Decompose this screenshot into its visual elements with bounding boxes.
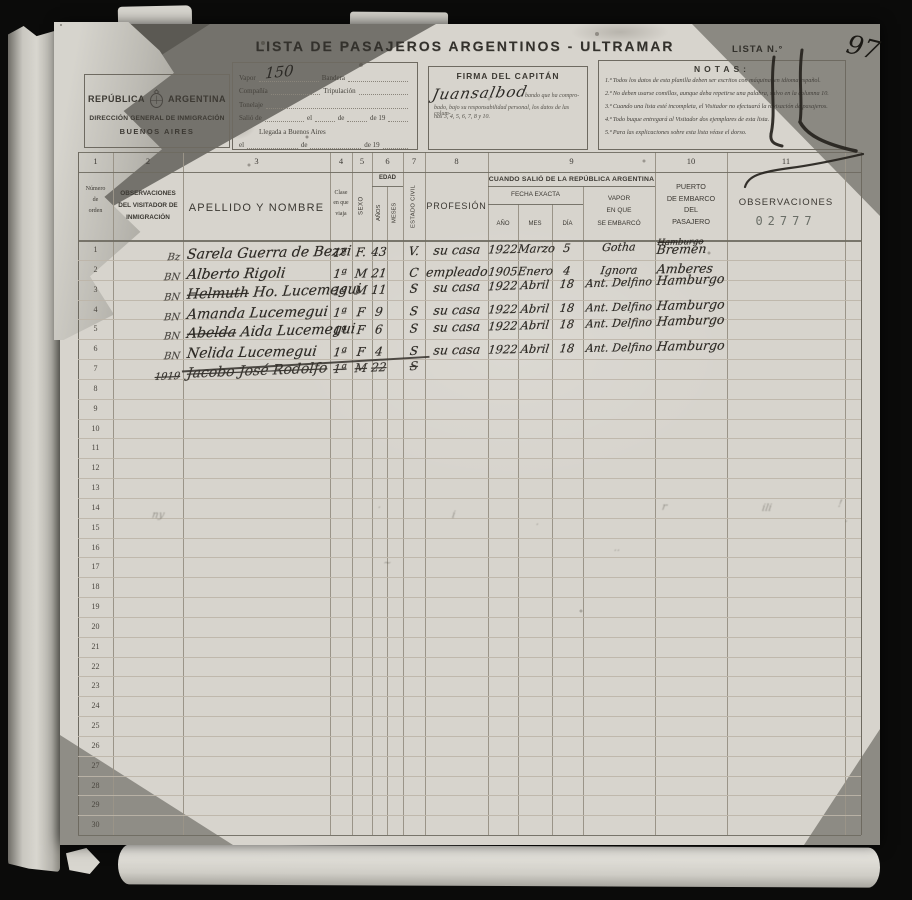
header-sexo: SEXO (352, 174, 372, 238)
grid-line (78, 538, 861, 539)
de-label: de (338, 114, 345, 122)
header-mes: MES (518, 220, 552, 229)
grid-line (78, 696, 861, 697)
underlying-page-edge (118, 844, 880, 887)
de-label: de (301, 141, 308, 149)
row-number: 18 (78, 582, 113, 591)
column-number: 4 (330, 156, 352, 166)
llegada-label: Llegada a Buenos Aires (259, 128, 326, 136)
form-row-compania: Compañía Tripulación (239, 82, 411, 96)
grid-line (78, 815, 861, 816)
column-number: 10 (655, 156, 727, 166)
grid-line (78, 557, 861, 558)
row-number: 14 (78, 503, 113, 512)
row-number: 8 (78, 384, 113, 393)
paper-specks (60, 24, 62, 26)
grid-line (78, 478, 861, 479)
row-number: 22 (78, 662, 113, 671)
firma-title: FIRMA DEL CAPITÁN (429, 71, 587, 81)
nota-item: 3.ª Cuando una lista esté incompleta, el… (605, 100, 839, 113)
entry-vapor: Ant. Delfino (581, 275, 656, 290)
row-number: 25 (78, 721, 113, 730)
entry-dia: 5 (552, 241, 582, 256)
header-estado-civil: ESTADO CIVIL (403, 174, 425, 238)
grid-line (78, 657, 861, 658)
form-row-llegada-fecha: el de de 19 (239, 136, 411, 150)
vapor-label: Vapor (239, 74, 256, 82)
header-fecha-exacta: FECHA EXACTA (488, 190, 583, 200)
lista-number-label: LISTA N.° (732, 44, 783, 55)
form-row-salio: Salió de el de de 19 (239, 109, 411, 123)
header-apellido-y-nombre: APELLIDO Y NOMBRE (183, 200, 330, 217)
grid-line (78, 152, 861, 153)
book-binding-edge (8, 26, 60, 872)
compania-label: Compañía (239, 87, 268, 95)
row-number: 30 (78, 820, 113, 829)
entry-estado: S (400, 281, 428, 296)
entry-vapor: Gotha (581, 240, 657, 255)
header-vapor-embarco: VAPOR EN QUE SE EMBARCÓ (583, 193, 655, 230)
column-number: 7 (403, 156, 425, 166)
column-number: 9 (488, 156, 655, 166)
grid-line (78, 438, 861, 439)
visitador-mark: 1919 (116, 371, 181, 385)
notes-box: NOTAS: 1.ª Todos los datos de esta plani… (598, 60, 846, 150)
grid-line (78, 676, 861, 677)
ink-smudge: ili (761, 503, 773, 514)
row-number: 17 (78, 562, 113, 571)
row-number: 27 (78, 761, 113, 770)
salio-de-label: Salió de (239, 114, 262, 122)
header-profesion: PROFESIÓN (425, 200, 488, 214)
tonelaje-label: Tonelaje (239, 101, 263, 109)
row-number: 16 (78, 543, 113, 552)
row-number: 19 (78, 602, 113, 611)
ink-smudge: ny (151, 510, 165, 521)
passenger-list-page: LISTA DE PASAJEROS ARGENTINOS - ULTRAMAR… (60, 24, 880, 845)
column-number: 2 (113, 156, 183, 166)
header-clase-en-que-viaja: Clase en que viaja (330, 188, 352, 219)
row-number: 10 (78, 424, 113, 433)
row-number: 11 (78, 443, 113, 452)
entry-anio: 1922 (486, 319, 520, 334)
entry-estado: S (400, 358, 427, 373)
entry-anios: 22 (368, 360, 389, 375)
grid-line (78, 795, 861, 796)
nota-item: 1.ª Todos los datos de esta planilla deb… (605, 74, 839, 87)
captain-signature-box: FIRMA DEL CAPITÁN Juansalbod bando que h… (428, 66, 588, 150)
el-label: el (239, 141, 244, 149)
column-number: 5 (352, 156, 372, 166)
grid-line (78, 458, 861, 459)
entry-anios: 11 (368, 282, 390, 297)
header-ano: AÑO (488, 220, 518, 229)
row-number: 13 (78, 483, 113, 492)
bandera-label: Bandera (322, 74, 345, 82)
header-cuando-salio: CUANDO SALIÓ DE LA REPÚBLICA ARGENTINA (488, 175, 655, 185)
row-number: 21 (78, 642, 113, 651)
row-number: 12 (78, 463, 113, 472)
entry-dia: 18 (552, 317, 582, 332)
page-title: LISTA DE PASAJEROS ARGENTINOS - ULTRAMAR (210, 38, 720, 54)
column-number: 11 (727, 156, 845, 166)
notas-title: NOTAS: (605, 64, 839, 74)
tripulacion-label: Tripulación (323, 87, 355, 95)
argentina-coat-of-arms-icon (149, 89, 164, 108)
column-line (861, 152, 862, 835)
grid-line (78, 597, 861, 598)
form-row-tonelaje: Tonelaje (239, 95, 411, 109)
grid-line (78, 518, 861, 519)
authority-line2: DIRECCIÓN GENERAL DE INMIGRACIÓN (85, 115, 229, 122)
authority-box: REPÚBLICA ARGENTINA DIRECCIÓN GENERAL DE… (84, 74, 230, 148)
scanned-passenger-list-document: LISTA DE PASAJEROS ARGENTINOS - ULTRAMAR… (0, 0, 912, 900)
nota-item: 5.ª Para las explicaciones sobre esta li… (605, 126, 839, 139)
grid-line (78, 756, 861, 757)
paper-fragment (66, 848, 100, 874)
entry-mes: Abril (517, 318, 553, 333)
entry-profesion: su casa (425, 278, 489, 295)
column-number: 3 (183, 156, 330, 166)
argentina-label: ARGENTINA (168, 94, 226, 104)
entry-vapor: Ant. Delfino (581, 316, 656, 331)
entry-mes: Marzo (517, 241, 553, 256)
grid-line (78, 835, 861, 836)
form-row-llegada: Llegada a Buenos Aires (239, 122, 411, 136)
nota-item: 4.ª Todo buque entregará al Visitador do… (605, 113, 839, 126)
nota-item: 2.ª No deben usarse comillas, aunque deb… (605, 87, 839, 100)
entry-mes: Abril (517, 277, 553, 292)
row-number: 28 (78, 781, 113, 790)
row-number: 23 (78, 681, 113, 690)
header-meses: MESES (387, 188, 403, 238)
republica-label: REPÚBLICA (88, 94, 145, 104)
el-label: el (307, 114, 312, 122)
de19-label: de 19 (370, 114, 385, 122)
firma-print-line3: nas 3, 4, 5, 6, 7, 8 y 10. (434, 114, 586, 120)
header-observaciones-visitador: OBSERVACIONES DEL VISITADOR DE INMIGRACI… (113, 188, 183, 225)
entry-dia: 18 (552, 276, 582, 291)
row-number: 29 (78, 800, 113, 809)
row-number: 9 (78, 404, 113, 413)
grid-line (78, 399, 861, 400)
row-number: 15 (78, 523, 113, 532)
column-number: 1 (78, 156, 113, 166)
entry-anio: 1922 (486, 278, 520, 293)
header-observaciones: OBSERVACIONES (727, 196, 845, 210)
grid-line (78, 776, 861, 777)
row-number: 26 (78, 741, 113, 750)
grid-line (78, 172, 861, 173)
row-number: 20 (78, 622, 113, 631)
grid-line (78, 637, 861, 638)
column-number: 8 (425, 156, 488, 166)
firma-print-fragment: bando que ha compro- (525, 93, 587, 99)
grid-line (78, 419, 861, 420)
entry-puerto: Hamburgo (656, 312, 725, 329)
grid-line (78, 617, 861, 618)
header-anos: AÑOS (372, 188, 387, 238)
notas-list: 1.ª Todos los datos de esta planilla deb… (605, 74, 839, 139)
authority-line1: REPÚBLICA ARGENTINA (85, 89, 229, 108)
header-dia: DÍA (552, 220, 583, 229)
grid-line (78, 736, 861, 737)
grid-line (488, 186, 655, 187)
captain-signature-handwriting: Juansalbod (431, 82, 530, 103)
vapor-handwritten-value: 150 (264, 61, 294, 82)
authority-line3: BUENOS AIRES (85, 127, 229, 136)
entry-puerto: Hamburgo (656, 271, 725, 288)
de19-label: de 19 (364, 141, 379, 149)
row-number: 24 (78, 701, 113, 710)
ship-details-form: 150 Vapor Bandera Compañía Tripulación T… (232, 62, 418, 150)
header-numero-de-orden: Número de orden (78, 184, 113, 216)
grid-line (372, 186, 403, 187)
grid-line (78, 716, 861, 717)
grid-line (78, 498, 861, 499)
grid-line (78, 577, 861, 578)
header-puerto-embarco: PUERTO DE EMBARCO DEL PASAJERO (655, 181, 727, 227)
header-edad: EDAD (372, 174, 403, 183)
entry-clase: 1ª (327, 361, 352, 376)
column-number: 6 (372, 156, 403, 166)
grid-line (488, 204, 583, 205)
